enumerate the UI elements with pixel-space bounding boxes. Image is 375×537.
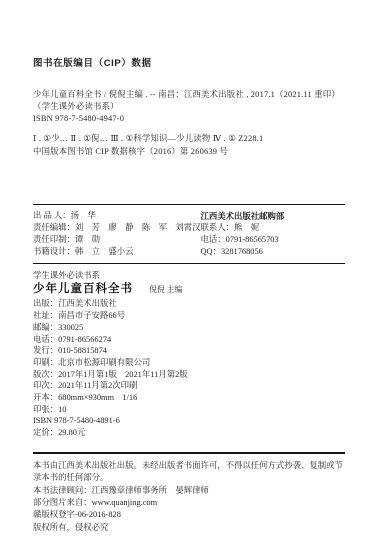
rights-statement: 版权所有，侵权必究 xyxy=(33,522,345,534)
cip-series-line: （学生课外必读书系） xyxy=(33,101,345,113)
price-row: 定价：29.80元 xyxy=(33,427,345,439)
legal-advisor-line: 本书法律顾问：江西豫章律师事务所 晏辉律师 xyxy=(33,485,345,497)
print-run-row: 印次：2021年11月第2次印刷 xyxy=(33,380,345,392)
cip-description-line: 少年儿童百科全书 / 倪倪主编 . -- 南昌：江西美术出版社 , 2017.1… xyxy=(33,89,345,101)
cip-record-number-line: 中国版本图书馆 CIP 数据核字（2016）第 260639 号 xyxy=(33,145,345,158)
cip-classification-paragraph: Ⅰ . ①少… Ⅱ . ①倪… Ⅲ . ①科学知识—少儿读物 Ⅳ . ① Z22… xyxy=(33,132,345,158)
cip-heading: 图书在版编目（CIP）数据 xyxy=(33,55,345,69)
address-row: 社址：南昌市子安路66号 xyxy=(33,310,345,322)
contact-qq-row: QQ：3281768056 xyxy=(201,246,346,258)
image-credit-line: 部分图片来自：www.quanjing.com xyxy=(33,497,345,509)
phone-row: 电话：0791-86566274 xyxy=(33,334,345,346)
contact-person-row: 联系人：熊 妮 xyxy=(201,222,346,234)
publisher-row: 出版：江西美术出版社 xyxy=(33,298,345,310)
mail-order-column: 江西美术出版社邮购部 联系人：熊 妮 电话：0791-86565703 QQ：3… xyxy=(201,210,346,259)
format-row: 开本：680mm×930mm 1/16 xyxy=(33,392,345,404)
staff-left-column: 出 品 人：汤 华 责任编辑：刘 芳 廖 静 陈 军 刘霄汉 责任印制：谭 勋 … xyxy=(33,210,201,259)
registration-number: 赣版权登字-06-2016-828 xyxy=(33,509,345,521)
isbn-row: ISBN 978-7-5480-4891-6 xyxy=(33,415,345,427)
publication-block: 学生课外必读书系 少年儿童百科全书 倪倪 主编 出版：江西美术出版社 社址：南昌… xyxy=(33,264,345,445)
staff-block: 出 品 人：汤 华 责任编辑：刘 芳 廖 静 陈 军 刘霄汉 责任印制：谭 勋 … xyxy=(33,205,345,264)
print-supervisor-row: 责任印制：谭 勋 xyxy=(33,234,201,246)
editors-row: 责任编辑：刘 芳 廖 静 陈 军 刘霄汉 xyxy=(33,222,201,234)
cip-isbn-line: ISBN 978-7-5480-4947-0 xyxy=(33,113,345,125)
producer-row: 出 品 人：汤 华 xyxy=(33,210,201,222)
cip-description-paragraph: 少年儿童百科全书 / 倪倪主编 . -- 南昌：江西美术出版社 , 2017.1… xyxy=(33,89,345,126)
book-design-row: 书籍设计：韩 立 盛小云 xyxy=(33,246,201,258)
postcode-row: 邮编：330025 xyxy=(33,322,345,334)
mail-order-dept-title: 江西美术出版社邮购部 xyxy=(201,210,346,222)
sheets-row: 印张：10 xyxy=(33,404,345,416)
cip-classification-line: Ⅰ . ①少… Ⅱ . ①倪… Ⅲ . ①科学知识—少儿读物 Ⅳ . ① Z22… xyxy=(33,132,345,145)
printer-row: 印刷：北京市松源印刷有限公司 xyxy=(33,357,345,369)
series-name: 学生课外必读书系 xyxy=(33,270,345,281)
notice-block: 本书由江西美术出版社出版。未经出版者书面许可，不得以任何方式抄袭、复制或节录本书… xyxy=(33,454,345,534)
edition-row: 版次：2017年1月第1版 2021年11月第2版 xyxy=(33,369,345,381)
copyright-notice: 本书由江西美术出版社出版。未经出版者书面许可，不得以任何方式抄袭、复制或节录本书… xyxy=(33,460,345,485)
book-title: 少年儿童百科全书 xyxy=(33,283,133,295)
book-title-row: 少年儿童百科全书 倪倪 主编 xyxy=(33,282,345,297)
contact-phone-row: 电话：0791-86565703 xyxy=(201,234,346,246)
copyright-page: 图书在版编目（CIP）数据 少年儿童百科全书 / 倪倪主编 . -- 南昌：江西… xyxy=(0,0,375,534)
distribution-row: 发行：010-58815874 xyxy=(33,345,345,357)
editor-credit: 倪倪 主编 xyxy=(149,285,182,294)
